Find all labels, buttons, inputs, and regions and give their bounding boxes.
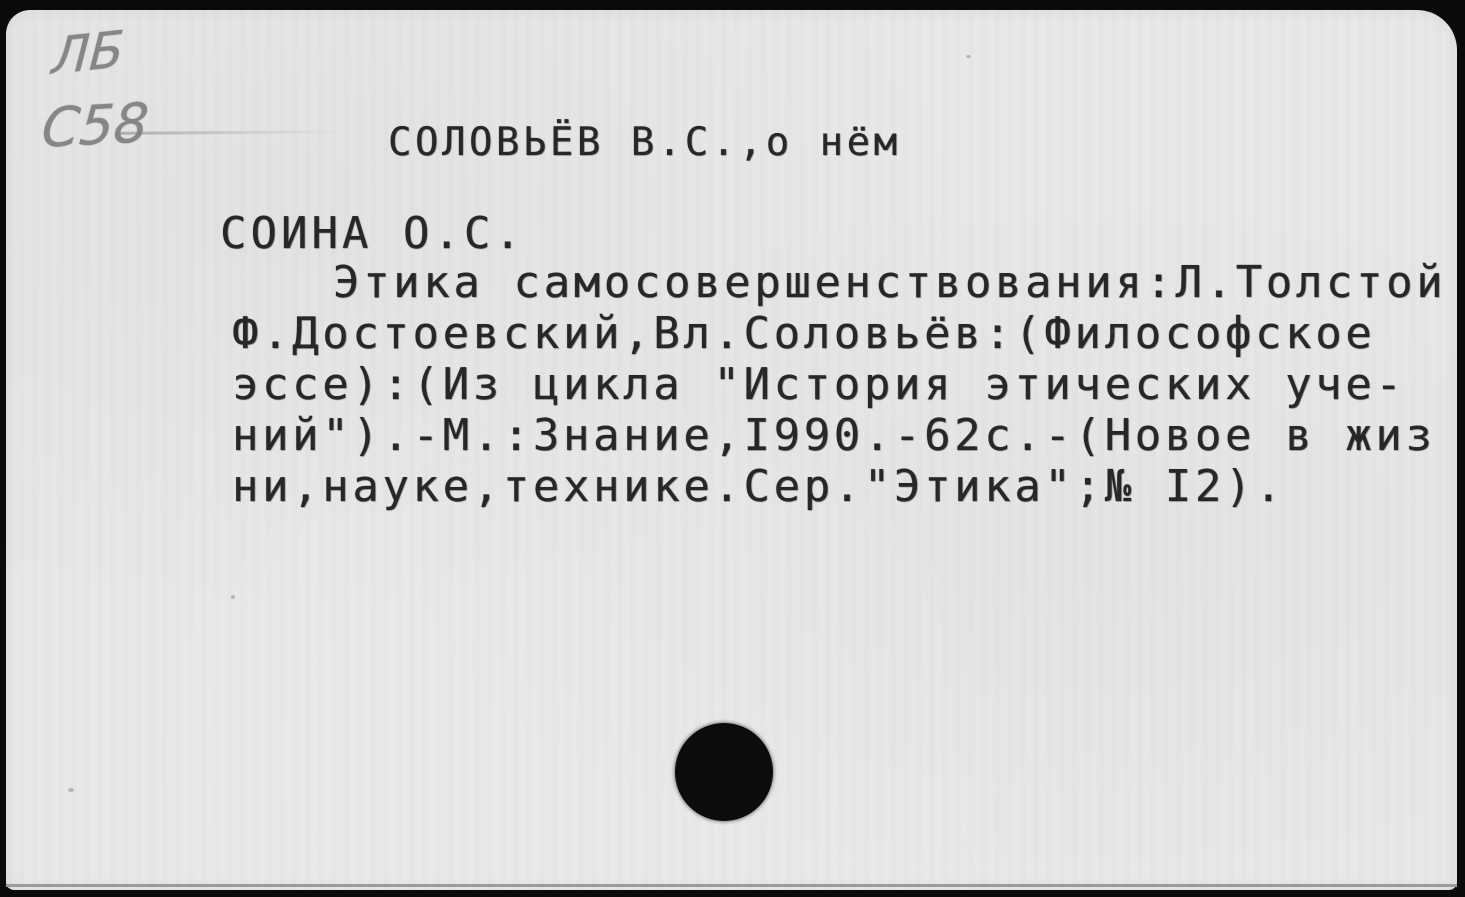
handwritten-top-mark: ЛБ [50,20,126,86]
scan-speck [231,595,235,599]
entry-line: ний").-М.:Знание,I990.-62с.-(Новое в жиз [232,410,1446,461]
card-heading: СОЛОВЬЁВ В.С.,о нём [388,120,901,165]
catalog-card: ЛБ С58 СОЛОВЬЁВ В.С.,о нём СОИНА О.С. Эт… [6,10,1457,890]
entry-line: Этика самосовершенствования:Л.Толстой [232,257,1446,308]
hole-punch [675,723,773,821]
pencil-streak [118,130,348,135]
scan-speck [1111,330,1114,333]
entry-line: ни,науке,технике.Сер."Этика";№ I2). [232,461,1446,512]
scan-speck [966,55,971,58]
entry-line: Ф.Достоевский,Вл.Соловьёв:(Философское [232,308,1446,359]
handwritten-call-number: С58 [39,91,151,160]
bibliographic-entry: Этика самосовершенствования:Л.Толстой Ф.… [232,257,1446,512]
card-author: СОИНА О.С. [220,208,525,259]
card-bottom-edge [6,884,1457,887]
scan-speck [68,788,74,792]
entry-line: эссе):(Из цикла "История этических уче- [232,359,1446,410]
